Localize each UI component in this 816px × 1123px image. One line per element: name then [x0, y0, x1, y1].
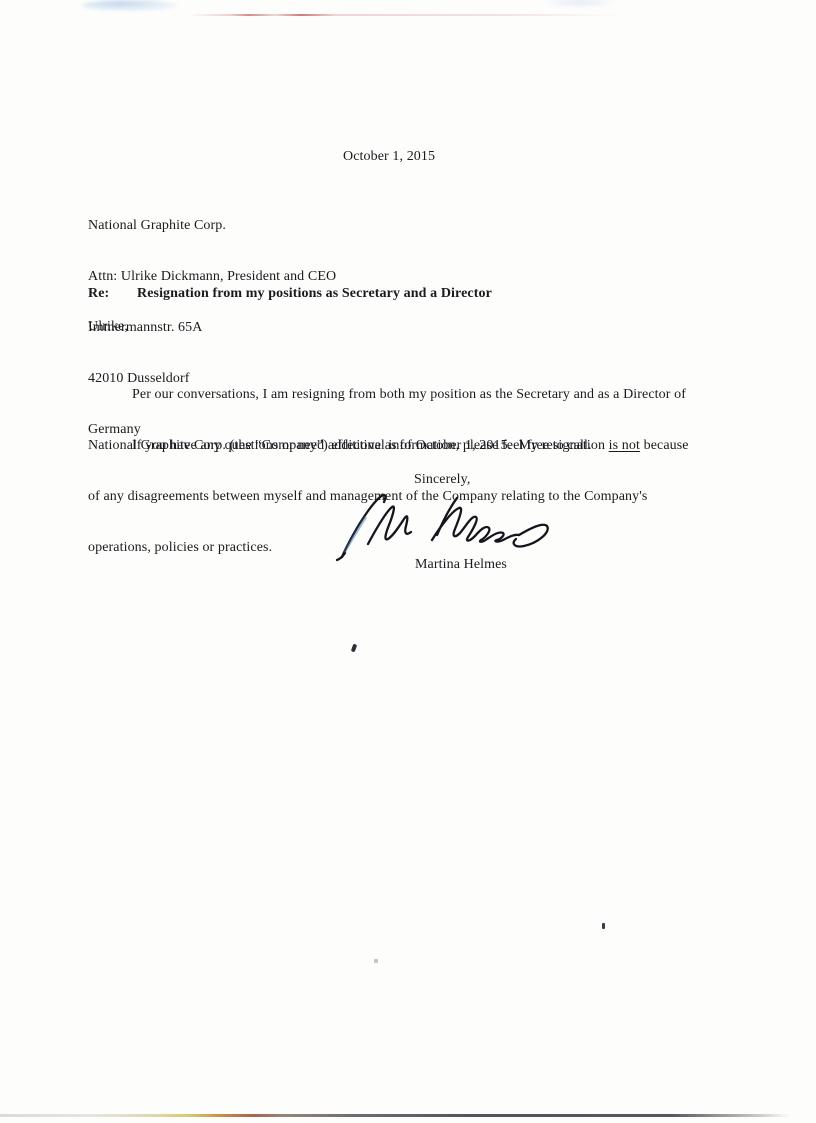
recipient-company: National Graphite Corp. — [88, 217, 336, 234]
scanned-letter-page: October 1, 2015 National Graphite Corp. … — [0, 0, 816, 1123]
paragraph-line: Per our conversations, I am resigning fr… — [88, 386, 748, 403]
closing: Sincerely, — [414, 471, 470, 488]
body-paragraph-2: If you have any questions or need additi… — [88, 437, 792, 454]
scan-artifact-blue-smudge — [82, 0, 177, 11]
scan-artifact-speck — [602, 923, 605, 929]
scan-artifact-blue-smudge-right — [545, 0, 615, 8]
signer-name: Martina Helmes — [415, 556, 507, 573]
handwritten-signature-icon — [334, 487, 576, 565]
scan-artifact-speck — [351, 644, 357, 653]
recipient-attn: Attn: Ulrike Dickmann, President and CEO — [88, 268, 336, 285]
subject-text: Resignation from my positions as Secreta… — [137, 285, 492, 302]
salutation: Ulrike, — [88, 318, 128, 335]
scan-artifact-bottom-edge-line — [0, 1114, 790, 1117]
subject-label: Re: — [88, 285, 109, 302]
scan-artifact-top-pink-line — [188, 14, 623, 16]
scan-artifact-speck — [374, 959, 378, 963]
letter-date: October 1, 2015 — [343, 148, 435, 165]
